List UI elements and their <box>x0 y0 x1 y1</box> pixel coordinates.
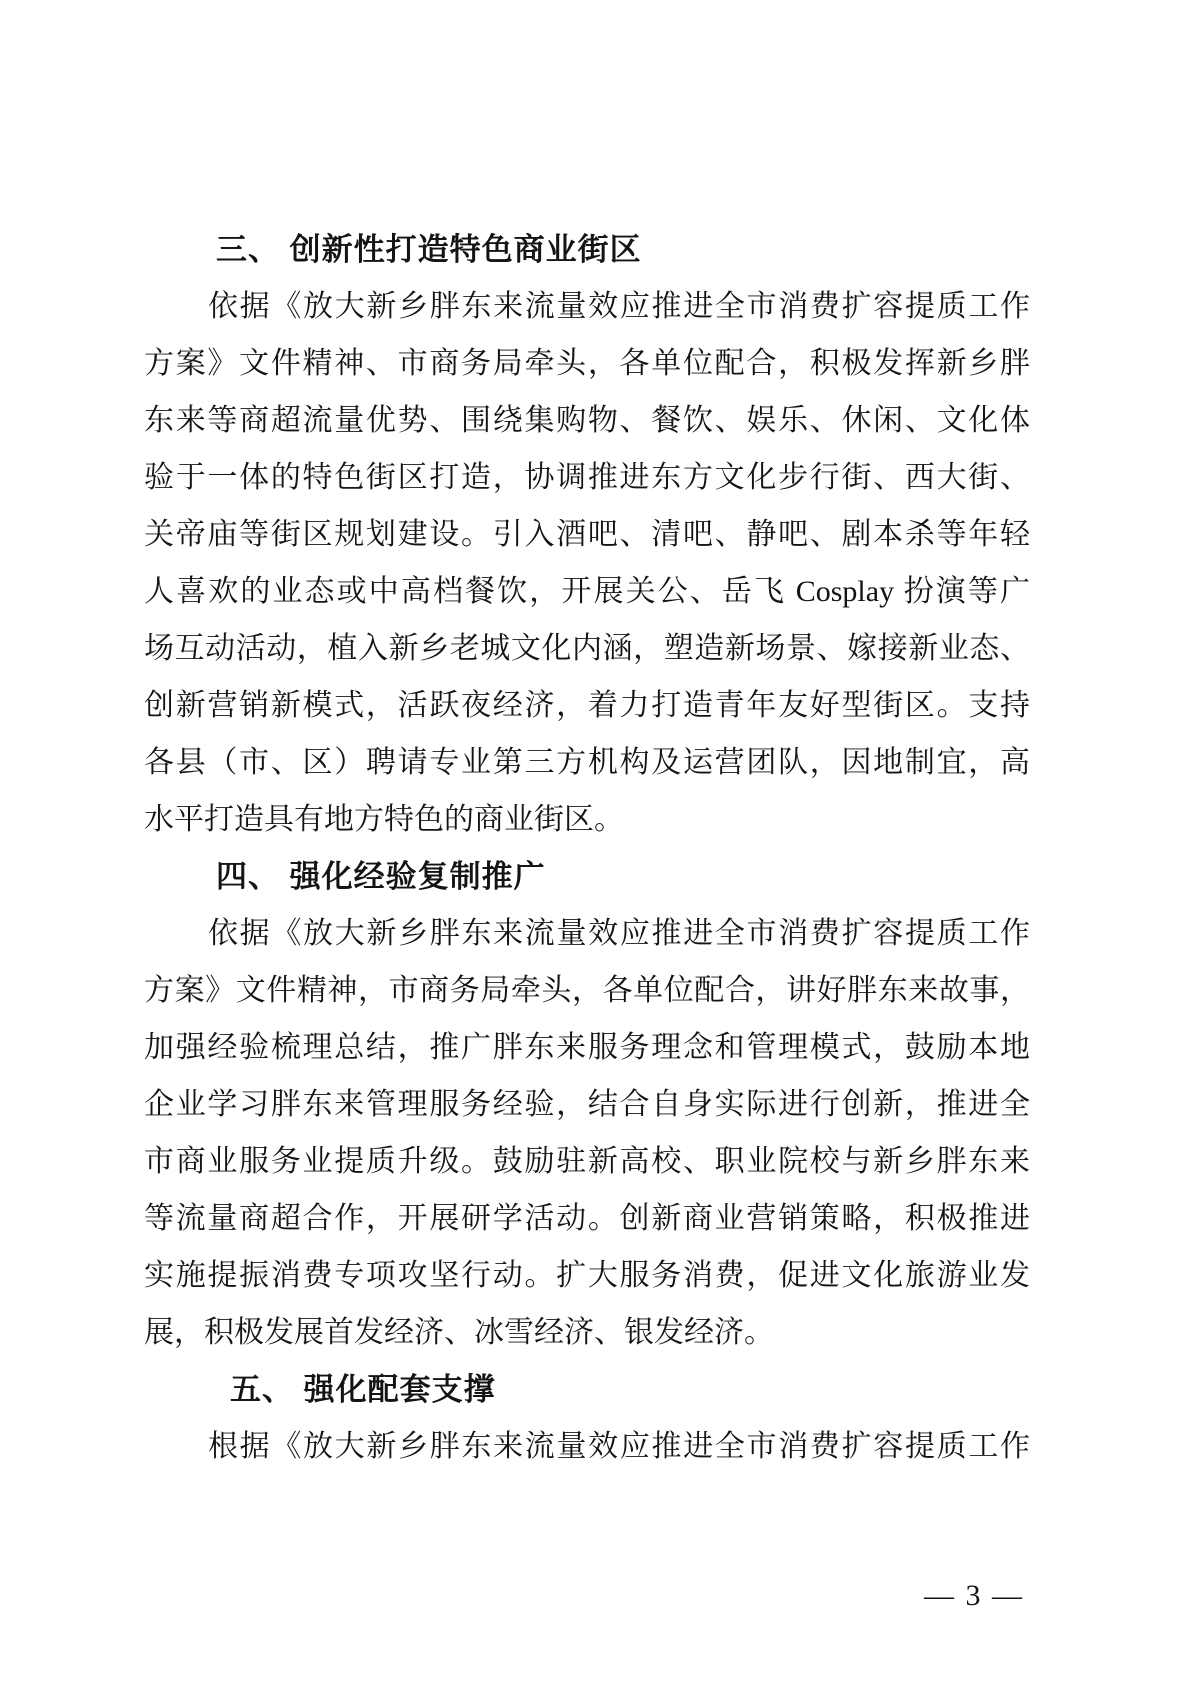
document-page: 三、 创新性打造特色商业街区 依据《放大新乡胖东来流量效应推进全市消费扩容提质工… <box>0 0 1190 1684</box>
paragraph-line: 依据《放大新乡胖东来流量效应推进全市消费扩容提质工作 <box>144 905 1030 962</box>
section-heading-5: 五、 强化配套支撑 <box>144 1361 1030 1418</box>
paragraph-line: 关帝庙等街区规划建设。引入酒吧、清吧、静吧、剧本杀等年轻 <box>144 506 1030 563</box>
section-heading-3: 三、 创新性打造特色商业街区 <box>144 221 1030 278</box>
section-heading-4: 四、 强化经验复制推广 <box>144 848 1030 905</box>
paragraph-line: 依据《放大新乡胖东来流量效应推进全市消费扩容提质工作 <box>144 278 1030 335</box>
paragraph-line: 场互动活动，植入新乡老城文化内涵，塑造新场景、嫁接新业态、 <box>144 620 1030 677</box>
paragraph-line: 市商业服务业提质升级。鼓励驻新高校、职业院校与新乡胖东来 <box>144 1133 1030 1190</box>
paragraph-line: 实施提振消费专项攻坚行动。扩大服务消费，促进文化旅游业发 <box>144 1247 1030 1304</box>
paragraph-line: 方案》文件精神、市商务局牵头，各单位配合，积极发挥新乡胖 <box>144 335 1030 392</box>
paragraph-line: 验于一体的特色街区打造，协调推进东方文化步行街、西大街、 <box>144 449 1030 506</box>
paragraph-line: 等流量商超合作，开展研学活动。创新商业营销策略，积极推进 <box>144 1190 1030 1247</box>
paragraph-line: 创新营销新模式，活跃夜经济，着力打造青年友好型街区。支持 <box>144 677 1030 734</box>
paragraph-line: 水平打造具有地方特色的商业街区。 <box>144 791 1030 848</box>
page-number: — 3 — <box>924 1567 1024 1624</box>
paragraph-line: 方案》文件精神，市商务局牵头，各单位配合，讲好胖东来故事， <box>144 962 1030 1019</box>
paragraph-line: 人喜欢的业态或中高档餐饮，开展关公、岳飞 Cosplay 扮演等广 <box>144 563 1030 620</box>
paragraph-line: 企业学习胖东来管理服务经验，结合自身实际进行创新，推进全 <box>144 1076 1030 1133</box>
paragraph-line: 展，积极发展首发经济、冰雪经济、银发经济。 <box>144 1304 1030 1361</box>
document-body: 三、 创新性打造特色商业街区 依据《放大新乡胖东来流量效应推进全市消费扩容提质工… <box>144 221 1030 1475</box>
paragraph-line: 加强经验梳理总结，推广胖东来服务理念和管理模式，鼓励本地 <box>144 1019 1030 1076</box>
paragraph-line: 根据《放大新乡胖东来流量效应推进全市消费扩容提质工作 <box>144 1418 1030 1475</box>
paragraph-line: 东来等商超流量优势、围绕集购物、餐饮、娱乐、休闲、文化体 <box>144 392 1030 449</box>
paragraph-line: 各县（市、区）聘请专业第三方机构及运营团队，因地制宜，高 <box>144 734 1030 791</box>
